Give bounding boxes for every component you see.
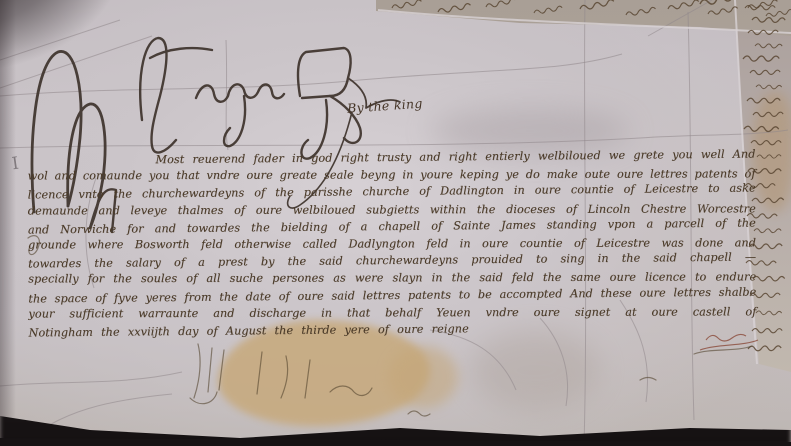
pencil-margin-mark: I [11, 154, 20, 175]
archival-red-mark [694, 334, 758, 354]
parchment-smudge [470, 330, 600, 410]
adjacent-top-text-scribbles [391, 0, 791, 17]
adjacent-page-stain [752, 92, 791, 212]
letter-body: Most reuerend fader in god right trusty … [27, 147, 756, 341]
seal-stain [388, 346, 458, 408]
manuscript-photo: By the king Henry R Most reuerend fader … [0, 0, 791, 446]
page-edge [378, 10, 791, 33]
by-the-king-caption: By the king [347, 93, 458, 116]
